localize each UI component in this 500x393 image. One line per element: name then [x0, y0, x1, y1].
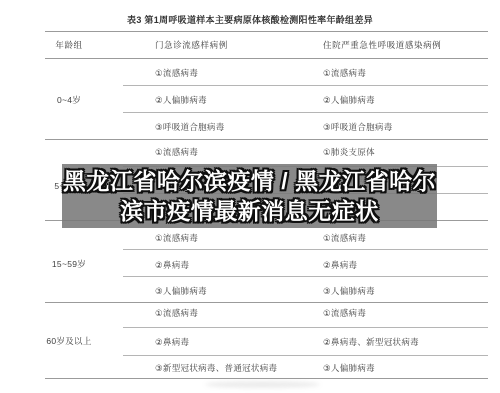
pathogen-cell: ①流感病毒	[155, 147, 198, 157]
pathogen-cell: ③人偏肺病毒	[155, 286, 207, 296]
table-rule-inner	[123, 276, 488, 277]
age-group-label: 0~4岁	[44, 95, 94, 105]
pathogen-cell: ①流感病毒	[155, 68, 198, 78]
pathogen-cell: ①流感病毒	[323, 308, 366, 318]
age-group-label: 60岁及以上	[44, 336, 94, 346]
watermark-smudge	[205, 381, 320, 388]
pathogen-cell: ③呼吸道合胞病毒	[155, 122, 225, 132]
pathogen-cell: ②鼻病毒	[155, 337, 189, 347]
table-rule-inner	[123, 112, 488, 113]
table-rule-major	[45, 302, 488, 303]
pathogen-cell: ③呼吸道合胞病毒	[323, 122, 393, 132]
headline-line-2: 滨市疫情最新消息无症状	[120, 196, 379, 226]
table-rule-top	[45, 31, 488, 32]
headline-overlay[interactable]: 黑龙江省哈尔滨疫情 / 黑龙江省哈尔 滨市疫情最新消息无症状	[62, 164, 437, 228]
pathogen-cell: ②人偏肺病毒	[323, 95, 375, 105]
pathogen-cell: ②鼻病毒、新型冠状病毒	[323, 337, 419, 347]
pathogen-cell: ③人偏肺病毒	[323, 286, 375, 296]
pathogen-cell: ③人偏肺病毒	[323, 363, 375, 373]
pathogen-cell: ①流感病毒	[155, 233, 198, 243]
report-table-screenshot: 表3 第1周呼吸道样本主要病原体核酸检测阳性率年龄组差异 年龄组 门急诊流感样病…	[0, 0, 500, 393]
table-title: 表3 第1周呼吸道样本主要病原体核酸检测阳性率年龄组差异	[0, 13, 500, 26]
table-rule-inner	[123, 355, 488, 356]
pathogen-cell: ①流感病毒	[323, 68, 366, 78]
table-rule-major	[45, 139, 488, 140]
column-header-outpatient: 门急诊流感样病例	[155, 40, 228, 50]
pathogen-cell: ②人偏肺病毒	[155, 95, 207, 105]
pathogen-cell: ②鼻病毒	[323, 260, 357, 270]
table-rule-inner	[123, 85, 488, 86]
table-rule-header-bottom	[45, 58, 488, 59]
headline-line-1: 黑龙江省哈尔滨疫情 / 黑龙江省哈尔	[63, 166, 436, 196]
age-group-label: 15~59岁	[44, 259, 94, 269]
pathogen-cell: ①肺炎支原体	[323, 147, 375, 157]
pathogen-cell: ①流感病毒	[323, 233, 366, 243]
pathogen-cell: ②鼻病毒	[155, 260, 189, 270]
table-rule-bottom	[45, 378, 488, 379]
table-rule-inner	[123, 327, 488, 328]
pathogen-cell: ①流感病毒	[155, 308, 198, 318]
column-header-age-group: 年龄组	[44, 40, 94, 50]
table-rule-inner	[123, 249, 488, 250]
pathogen-cell: ③新型冠状病毒、普通冠状病毒	[155, 363, 277, 373]
column-header-inpatient: 住院严重急性呼吸道感染病例	[323, 40, 441, 50]
